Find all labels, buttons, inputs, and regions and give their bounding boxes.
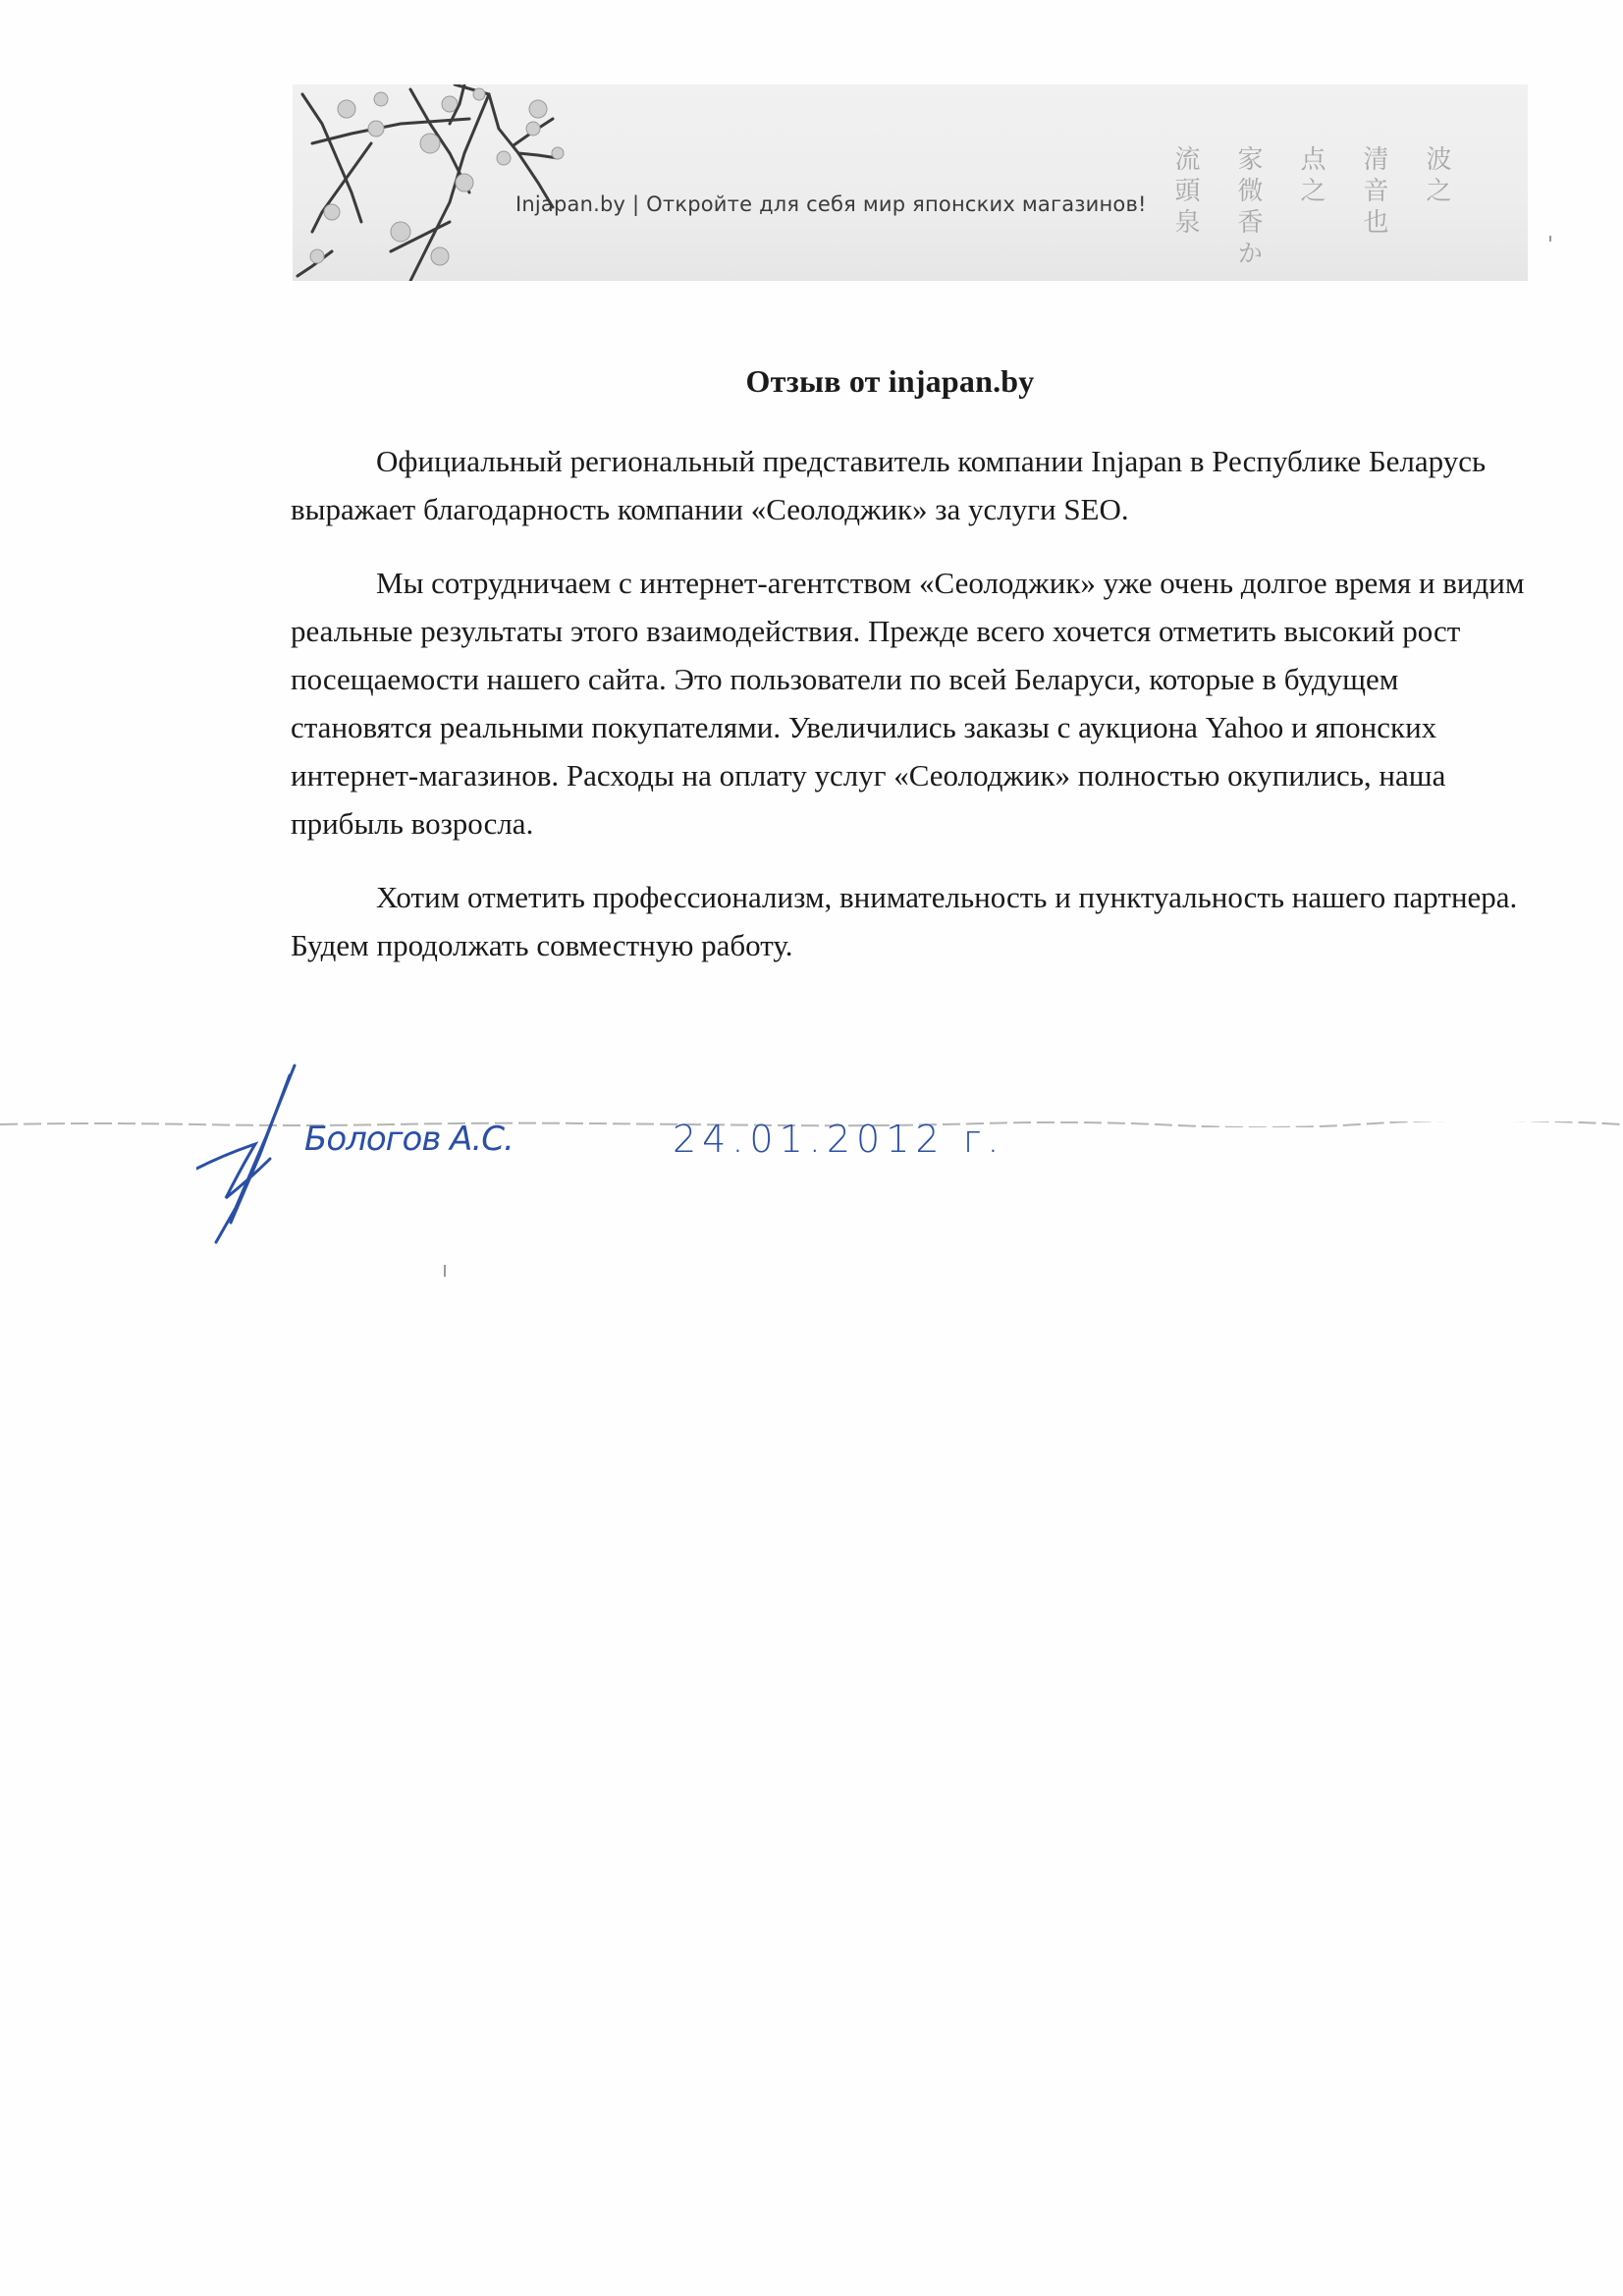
header-banner: Injapan.by | Откройте для себя мир японс… xyxy=(293,84,1528,281)
document-body: Официальный региональный представитель к… xyxy=(291,437,1530,995)
kanji-column: 点之 xyxy=(1298,145,1324,271)
document-title: Отзыв от injapan.by xyxy=(0,363,1623,400)
signatory-name: Бологов А.С. xyxy=(304,1120,514,1159)
signature-date: 24.01.2012 г. xyxy=(673,1118,1004,1161)
paragraph: Хотим отметить профессионализм, внимател… xyxy=(291,873,1530,969)
kanji-column: 波之 xyxy=(1424,145,1449,271)
document-page: Injapan.by | Откройте для себя мир японс… xyxy=(0,0,1623,2296)
banner-tagline: Injapan.by | Откройте для себя мир японс… xyxy=(515,192,1147,216)
kanji-column: 家微香か xyxy=(1235,145,1261,271)
kanji-column: 清音也 xyxy=(1361,145,1386,271)
paragraph: Мы сотрудничаем с интернет-агентством «С… xyxy=(291,559,1530,847)
scan-artifact xyxy=(1549,236,1551,242)
kanji-column: 流頭泉 xyxy=(1172,145,1198,271)
banner-kanji-decoration: 波之 清音也 点之 家微香か 流頭泉 xyxy=(1172,145,1449,271)
signature-mark-icon xyxy=(196,1061,314,1257)
scan-artifact xyxy=(444,1265,446,1277)
paragraph: Официальный региональный представитель к… xyxy=(291,437,1530,533)
signature-block: Бологов А.С. 24.01.2012 г. xyxy=(196,1061,1080,1257)
